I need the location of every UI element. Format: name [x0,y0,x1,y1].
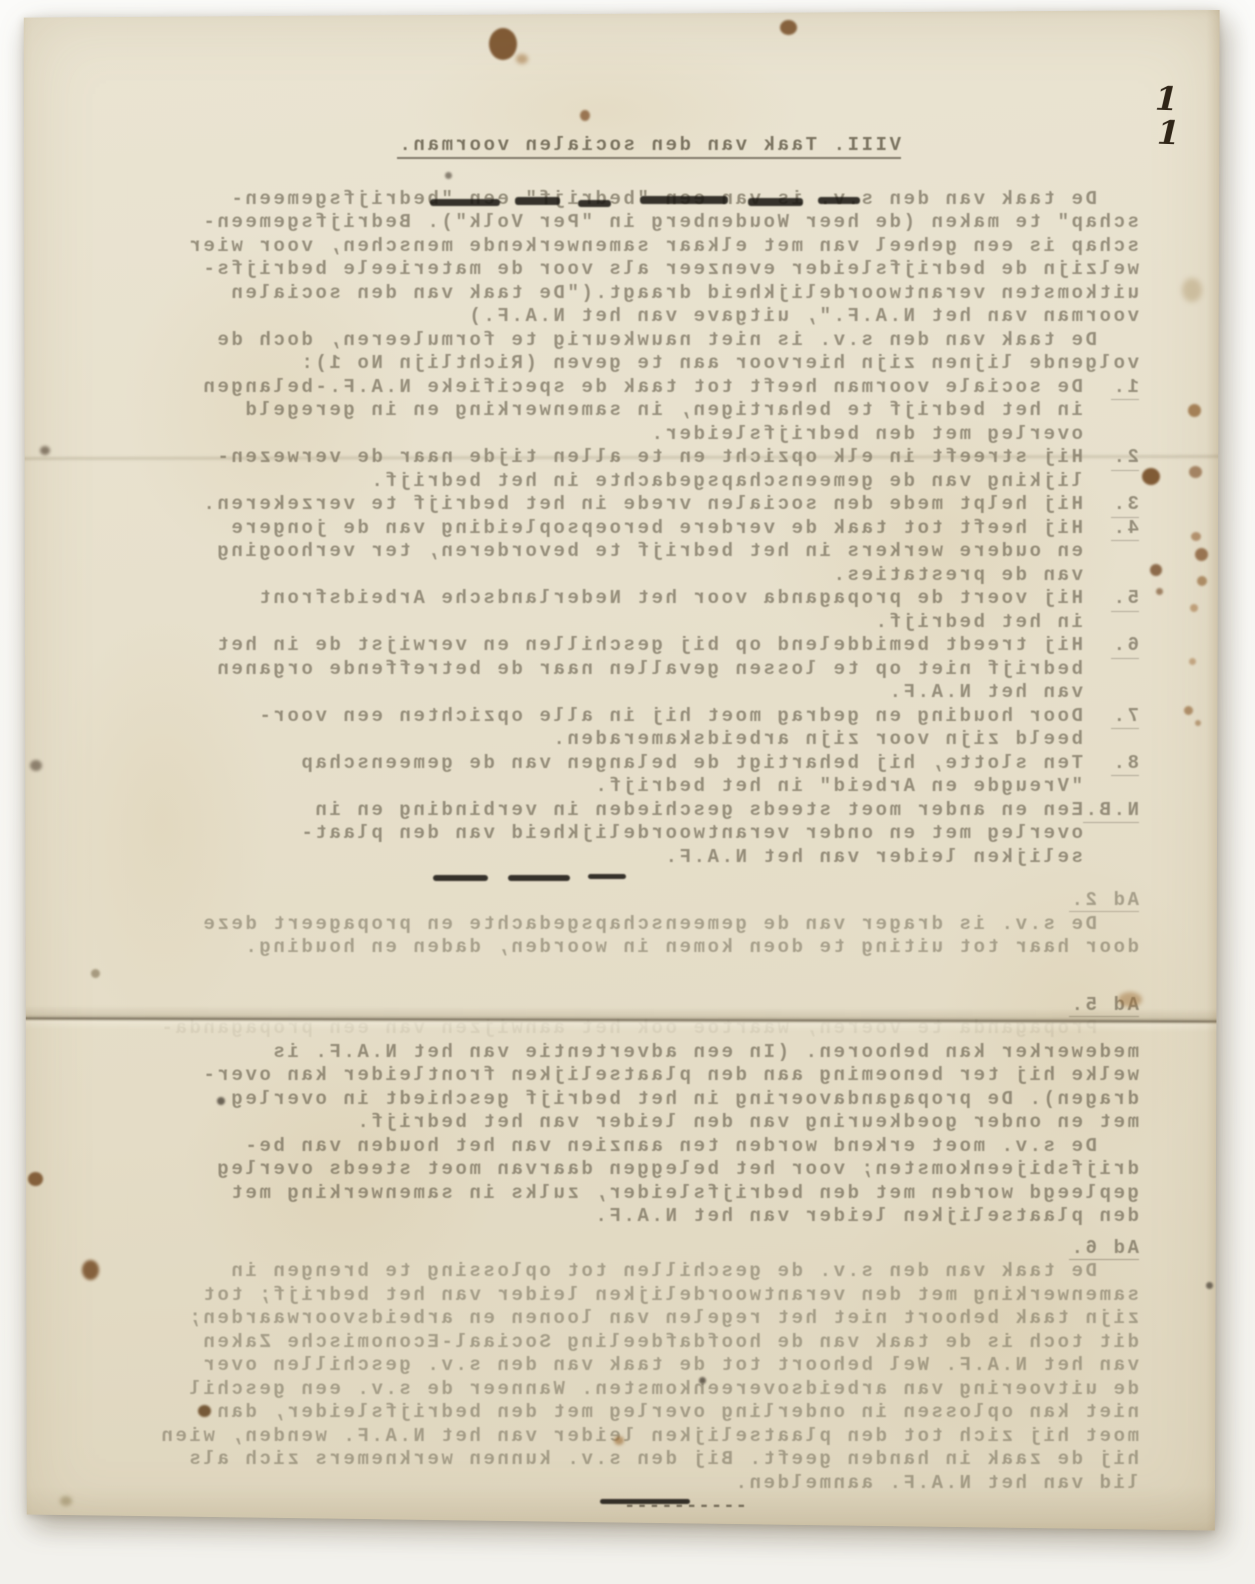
document-heading: Ad 6. [129,1237,1139,1261]
list-item: 7.Door houding en gedrag moet hij in all… [129,705,1139,752]
list-item-number: 2. [1111,446,1139,471]
text-line: Hij voert de propaganda voor het Nederla… [129,587,1083,611]
text-line: Hij helpt mede den socialen vrede in het… [129,493,1083,517]
text-line: drijfsbijeenkomsten; voor het beleggen d… [129,1158,1139,1182]
text-line: Een en ander moet steeds geschieden in v… [129,799,1083,823]
list-item-number: N.B. [1083,799,1139,824]
text-line: Hij heeft tot taak de verdere beroepsopl… [129,517,1083,541]
paragraph: De taak van den s.v. is niet nauwkeurig … [129,329,1139,376]
list-item: 2.Hij streeft in elk opzicht en te allen… [129,446,1139,493]
text-line: den plaatselijken leider van het N.A.F. [129,1205,1139,1229]
text-line: De taak van den s.v. is van een "bedrijf… [129,188,1139,212]
text-line: van de prestaties. [129,564,1083,588]
text-line: met en onder goedkeuring van den leider … [129,1111,1139,1135]
list-item-number: 1. [1111,376,1139,401]
list-item: 8.Ten slotte, hij behartigt de belangen … [129,752,1139,799]
text-line: volgende lijnen zijn hiervoor aan te gev… [129,352,1139,376]
text-line: door haar tot uiting te doen komen in wo… [129,936,1139,960]
text-line: welke hij ter benoeming aan den plaatsel… [129,1064,1139,1088]
text-line: Ten slotte, hij behartigt de belangen va… [129,752,1083,776]
text-line: selijken leider van het N.A.F. [129,846,1083,870]
text-line: uitkomsten verantwoordelijkheid draagt.(… [129,282,1139,306]
text-line: bedrijf niet op te lossen gevallen naar … [129,658,1083,682]
text-line: van het N.A.F. Wel behoort tot de taak v… [129,1354,1139,1378]
paragraph: Propaganda te voeren, waartoe ook het aa… [129,1017,1139,1229]
text-line: de uitvoering van arbeidsovereenkomsten.… [129,1378,1139,1402]
text-line: en oudere werkers in het bedrijf te bevo… [129,540,1083,564]
text-line: Door houding en gedrag moet hij in alle … [129,705,1083,729]
text-line: welzijn de bedrijfsleider evenzeer als v… [129,258,1139,282]
text-line: dragen). De propagandavoering in het bed… [129,1088,1139,1112]
text-line: hij de zaak in handen geeft. Bij den s.v… [129,1448,1139,1472]
text-line: van het N.A.F. [129,681,1083,705]
text-line: De taak van den s.v. de geschillen tot o… [129,1260,1139,1284]
text-line: dit toch is de taak van de hoofdafdeelin… [129,1331,1139,1355]
list-item-number: 8. [1111,752,1139,777]
list-item: 5.Hij voert de propaganda voor het Neder… [129,587,1139,634]
list-item: 6.Hij treedt bemiddelend op bij geschill… [129,634,1139,705]
text-line: moet hij zich tot den plaatselijken leid… [129,1425,1139,1449]
paragraph: De taak van den s.v. is van een "bedrijf… [129,188,1139,329]
list-item-number: 6. [1111,634,1139,659]
text-line: De taak van den s.v. is niet nauwkeurig … [129,329,1139,353]
document-heading: Ad 2. [129,889,1139,913]
text-line: niet kan oplossen in onderling overleg m… [129,1401,1139,1425]
list-item: 3.Hij helpt mede den socialen vrede in h… [129,493,1139,517]
text-line: zijn taak behoort niet het regelen van l… [129,1307,1139,1331]
text-line: schap is een geheel van met elkaar samen… [129,235,1139,259]
text-line: voorman van het N.A.F.", uitgave van het… [129,305,1139,329]
typed-content: VIII. Taak van den socialen voorman. De … [129,10,1139,1519]
list-item-number: 4. [1111,517,1139,542]
text-line: overleg met en onder verantwoordelijkhei… [129,822,1083,846]
underlined-text: Ad 2. [1069,889,1139,912]
text-line: lijking van de gemeenschapsgedachte in h… [129,470,1083,494]
text-line: medewerker kan behooren. (In een adverte… [129,1041,1139,1065]
paragraph: De s.v. is drager van de gemeenschapsged… [129,913,1139,960]
list-item-number: 7. [1111,705,1139,730]
mirrored-bleedthrough-layer: VIII. Taak van den socialen voorman. De … [22,10,1222,1532]
text-line: beeld zijn voor zijn arbeidskameraden. [129,728,1083,752]
text-line: Hij treedt bemiddelend op bij geschillen… [129,634,1083,658]
text-line: "Vreugde en Arbeid" in het bedrijf. [129,775,1083,799]
text-line: De s.v. is drager van de gemeenschapsged… [129,913,1139,937]
document-title: VIII. Taak van den socialen voorman. [129,134,1139,158]
text-line: in het bedrijf te behartigen, in samenwe… [129,399,1083,423]
text-line: overleg met den bedrijfsleider. [129,423,1083,447]
paper-shadow: VIII. Taak van den socialen voorman. De … [0,0,1255,1584]
paper: VIII. Taak van den socialen voorman. De … [22,10,1222,1532]
list-item-number: 5. [1111,587,1139,612]
underlined-text: VIII. Taak van den socialen voorman. [397,134,901,159]
numbered-list: 1.De sociale voorman heeft tot taak de s… [129,376,1139,870]
underlined-text: Ad 6. [1069,1237,1139,1260]
scanned-document-page: { "document": { "language": "Dutch", "ki… [0,0,1255,1584]
list-item: 4.Hij heeft tot taak de verdere beroepso… [129,517,1139,588]
text-line: gepleegd worden met den bedrijfsleider, … [129,1182,1139,1206]
paragraph: De taak van den s.v. de geschillen tot o… [129,1260,1139,1495]
text-line: De s.v. moet erkend worden ten aanzien v… [129,1135,1139,1159]
text-line: in het bedrijf. [129,611,1083,635]
list-item: N.B.Een en ander moet steeds geschieden … [129,799,1139,870]
text-line: schap" te maken (de heer Woudenberg in "… [129,211,1139,235]
text-line: samenwerking met den verantwoordelijken … [129,1284,1139,1308]
paper-edge-shading [22,1486,1222,1532]
list-item-number: 3. [1111,493,1139,518]
paper-edge-shading [1206,10,1222,1532]
text-line: De sociale voorman heeft tot taak de spe… [129,376,1083,400]
list-item: 1.De sociale voorman heeft tot taak de s… [129,376,1139,447]
